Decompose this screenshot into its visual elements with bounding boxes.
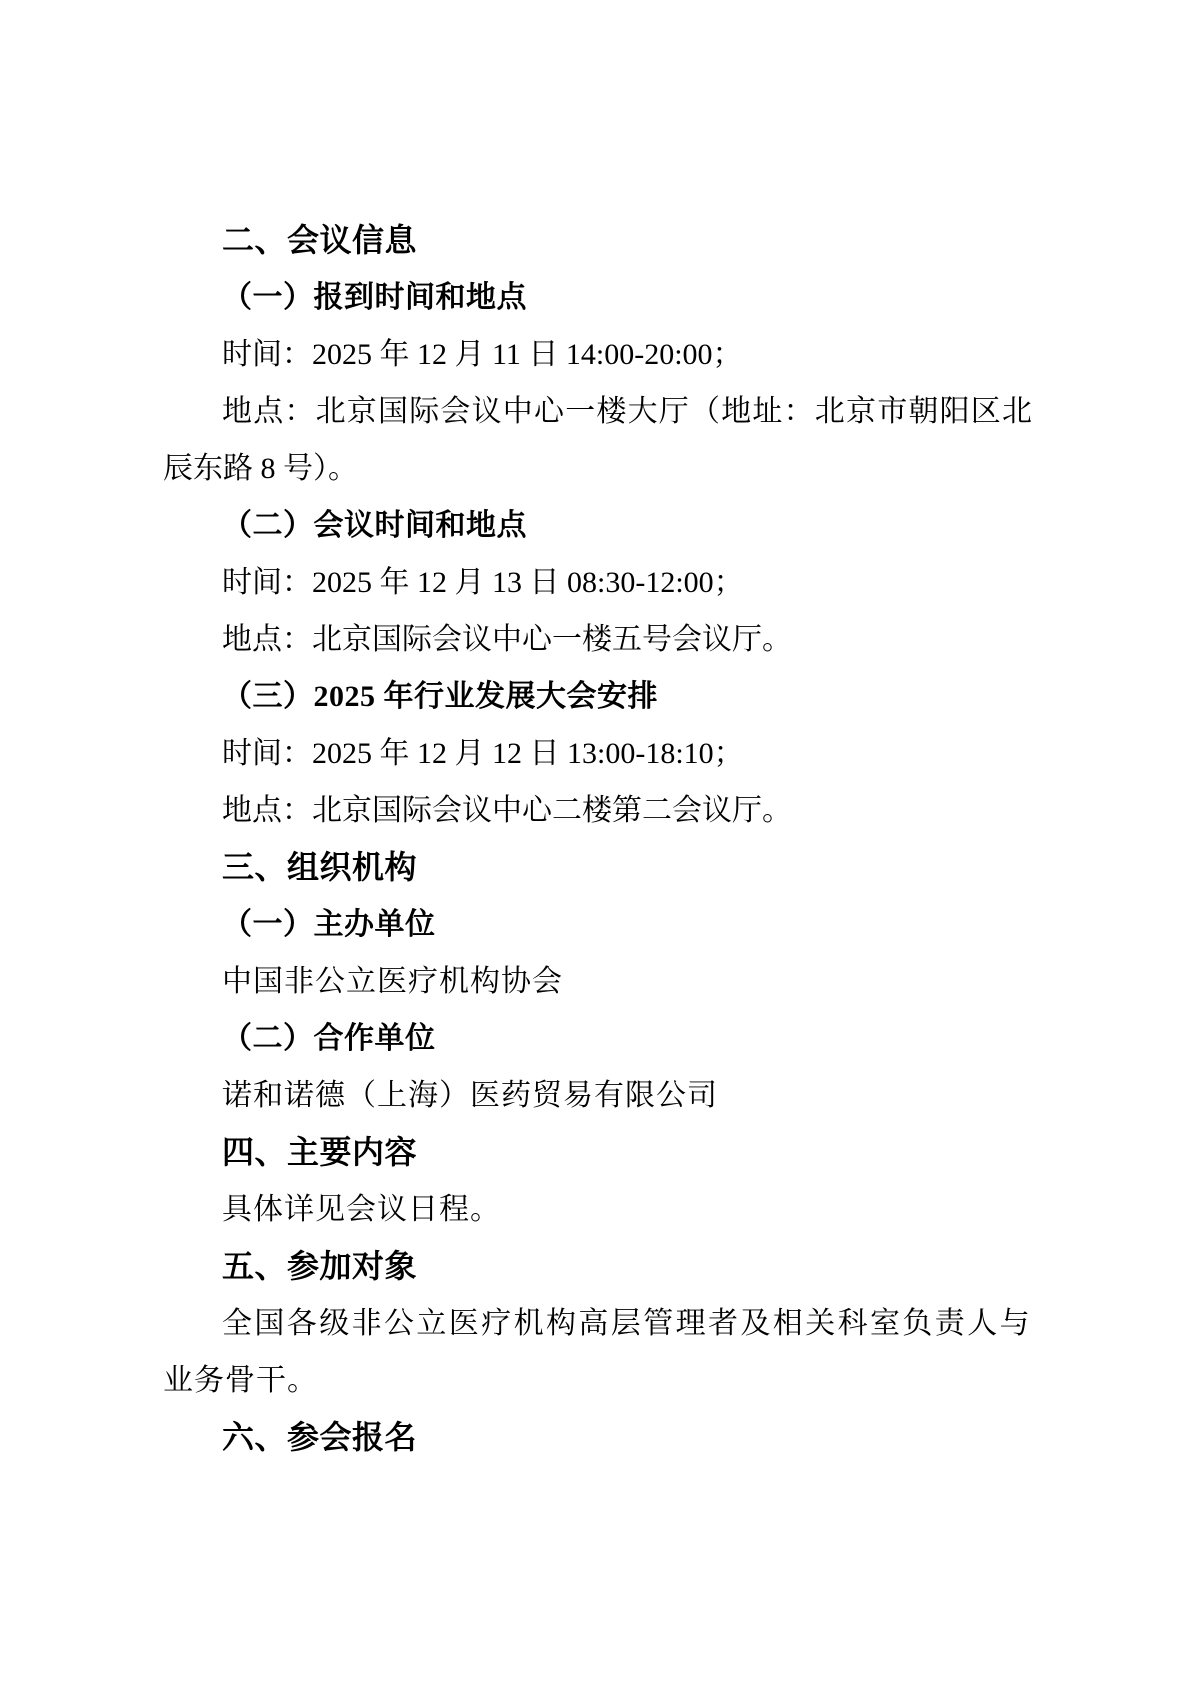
subheading-checkin-time-place: （一）报到时间和地点 [163, 269, 1040, 326]
subheading-partner-unit: （二）合作单位 [163, 1010, 1040, 1067]
section-heading-main-content: 四、主要内容 [163, 1124, 1040, 1181]
paragraph-partner-unit: 诺和诺德（上海）医药贸易有限公司 [163, 1067, 1040, 1124]
subheading-meeting-time-place: （二）会议时间和地点 [163, 497, 1040, 554]
section-heading-registration: 六、参会报名 [163, 1409, 1040, 1466]
section-heading-meeting-info: 二、会议信息 [163, 212, 1040, 269]
paragraph-checkin-time: 时间：2025 年 12 月 11 日 14:00-20:00； [163, 326, 1040, 383]
paragraph-participants-cont: 业务骨干。 [163, 1352, 1040, 1409]
paragraph-conference-time: 时间：2025 年 12 月 12 日 13:00-18:10； [163, 725, 1040, 782]
paragraph-checkin-place-cont: 辰东路 8 号）。 [163, 440, 1040, 497]
subheading-host-unit: （一）主办单位 [163, 896, 1040, 953]
section-heading-organization: 三、组织机构 [163, 839, 1040, 896]
paragraph-participants: 全国各级非公立医疗机构高层管理者及相关科室负责人与 [163, 1295, 1040, 1352]
subheading-industry-conference: （三）2025 年行业发展大会安排 [163, 668, 1040, 725]
section-heading-participants: 五、参加对象 [163, 1238, 1040, 1295]
paragraph-meeting-place: 地点：北京国际会议中心一楼五号会议厅。 [163, 611, 1040, 668]
paragraph-meeting-time: 时间：2025 年 12 月 13 日 08:30-12:00； [163, 554, 1040, 611]
document-page: 二、会议信息 （一）报到时间和地点 时间：2025 年 12 月 11 日 14… [0, 0, 1190, 1683]
paragraph-checkin-place: 地点：北京国际会议中心一楼大厅（地址：北京市朝阳区北 [163, 383, 1040, 440]
paragraph-main-content: 具体详见会议日程。 [163, 1181, 1040, 1238]
paragraph-conference-place: 地点：北京国际会议中心二楼第二会议厅。 [163, 782, 1040, 839]
paragraph-host-unit: 中国非公立医疗机构协会 [163, 953, 1040, 1010]
